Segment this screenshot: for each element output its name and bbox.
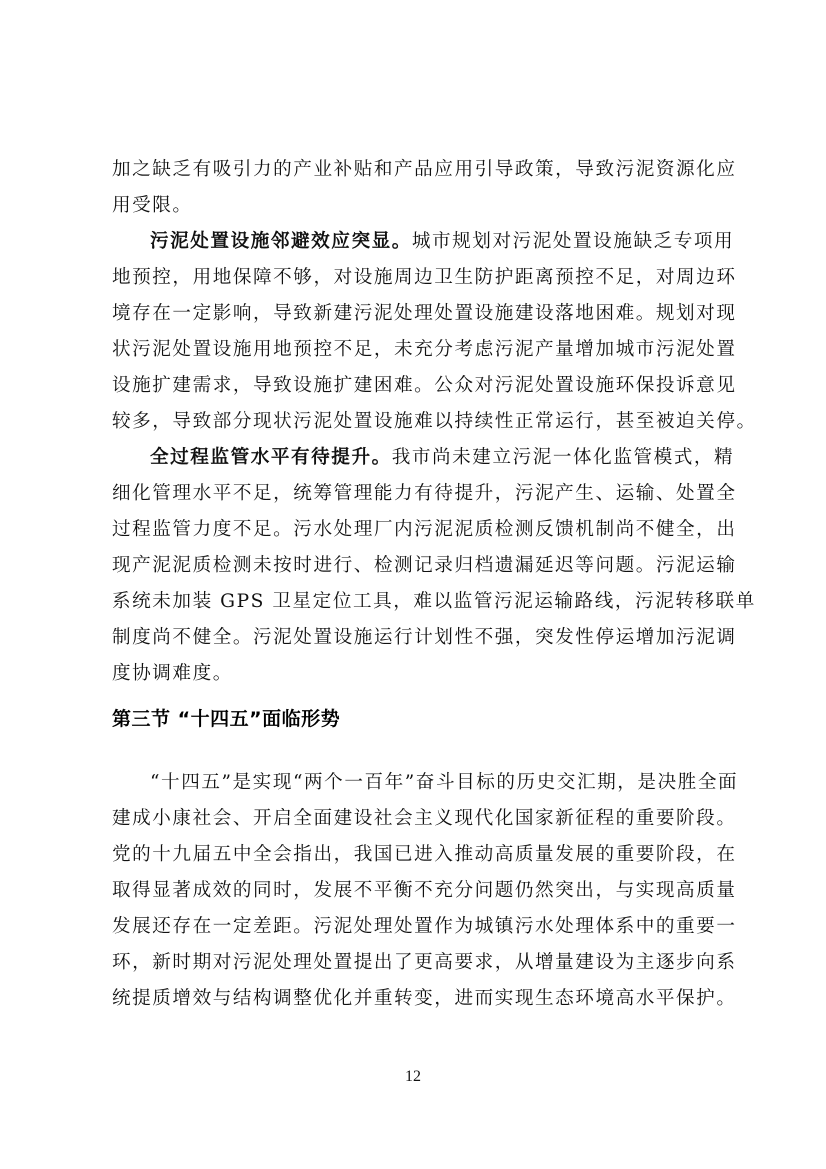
paragraph-lead-bold: 污泥处置设施邻避效应突显。 (150, 231, 412, 252)
paragraph-line: 用受限。 (112, 194, 718, 218)
section-heading: 第三节 “十四五”面临形势 (112, 704, 340, 731)
paragraph-line: 统提质增效与结构调整优化并重转变，进而实现生态环境高水平保护。 (112, 987, 718, 1011)
paragraph-first-line: 污泥处置设施邻避效应突显。城市规划对污泥处置设施缺乏专项用 (150, 230, 718, 254)
paragraph-line: 党的十九届五中全会指出，我国已进入推动高质量发展的重要阶段，在 (112, 843, 718, 867)
paragraph-first-line: “十四五”是实现“两个一百年”奋斗目标的历史交汇期，是决胜全面 (150, 771, 718, 795)
paragraph-text: 城市规划对污泥处置设施缺乏专项用 (412, 231, 734, 252)
paragraph-lead-bold: 全过程监管水平有待提升。 (150, 447, 392, 468)
paragraph-line: 取得显著成效的同时，发展不平衡不充分问题仍然突出，与实现高质量 (112, 879, 718, 903)
paragraph-line: 发展还存在一定差距。污泥处理处置作为城镇污水处理体系中的重要一 (112, 915, 718, 939)
paragraph-line: 建成小康社会、开启全面建设社会主义现代化国家新征程的重要阶段。 (112, 807, 718, 831)
paragraph-line: 度协调难度。 (112, 662, 718, 686)
paragraph-line: 过程监管力度不足。污水处理厂内污泥泥质检测反馈机制尚不健全，出 (112, 518, 718, 542)
paragraph-line: 系统未加装 GPS 卫星定位工具，难以监管污泥运输路线，污泥转移联单 (112, 590, 718, 614)
paragraph-line: 环，新时期对污泥处理处置提出了更高要求，从增量建设为主逐步向系 (112, 951, 718, 975)
paragraph-line: 制度尚不健全。污泥处置设施运行计划性不强，突发性停运增加污泥调 (112, 626, 718, 650)
paragraph-line: 境存在一定影响，导致新建污泥处理处置设施建设落地困难。规划对现 (112, 302, 718, 326)
paragraph-line: 加之缺乏有吸引力的产业补贴和产品应用引导政策，导致污泥资源化应 (112, 158, 718, 182)
paragraph-line: 状污泥处置设施用地预控不足，未充分考虑污泥产量增加城市污泥处置 (112, 338, 718, 362)
paragraph-line: 现产泥泥质检测未按时进行、检测记录归档遗漏延迟等问题。污泥运输 (112, 554, 718, 578)
paragraph-line: 设施扩建需求，导致设施扩建困难。公众对污泥处置设施环保投诉意见 (112, 374, 718, 398)
paragraph-line: 细化管理水平不足，统筹管理能力有待提升，污泥产生、运输、处置全 (112, 482, 718, 506)
paragraph-line: 地预控，用地保障不够，对设施周边卫生防护距离预控不足，对周边环 (112, 266, 718, 290)
paragraph-first-line: 全过程监管水平有待提升。我市尚未建立污泥一体化监管模式，精 (150, 446, 718, 470)
paragraph-line: 较多，导致部分现状污泥处置设施难以持续性正常运行，甚至被迫关停。 (112, 410, 718, 434)
paragraph-text: 我市尚未建立污泥一体化监管模式，精 (392, 447, 734, 468)
page-number: 12 (0, 1068, 826, 1086)
document-page: 加之缺乏有吸引力的产业补贴和产品应用引导政策，导致污泥资源化应 用受限。 污泥处… (0, 0, 826, 1169)
